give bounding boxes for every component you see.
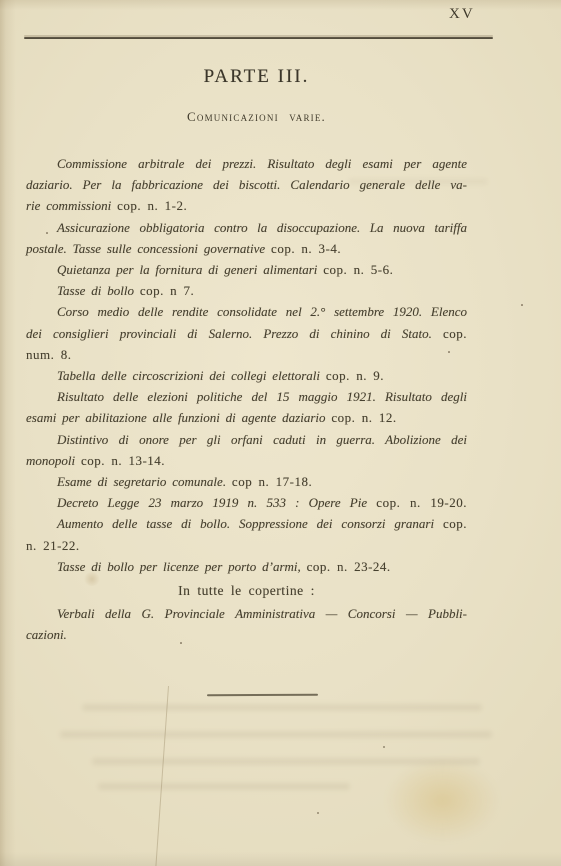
text-line: daziario. Per la fabbricazione dei bisco… <box>26 174 467 195</box>
text-line: esami per abilitazione alle funzioni di … <box>26 407 467 428</box>
text-segment: cop. n. 19-20. <box>376 495 467 510</box>
text-segment: cop. <box>443 516 467 531</box>
text-segment: cop. n 7. <box>140 283 194 298</box>
text-segment: num. 8. <box>26 347 71 362</box>
text-segment: cop. n. 5-6. <box>323 262 393 277</box>
show-through-ghost <box>82 704 482 711</box>
text-line: rie commissioni cop. n. 1-2. <box>26 195 467 216</box>
text-line: Distintivo di onore per gli orfani cadut… <box>26 429 467 450</box>
text-line: Tasse di bollo cop. n 7. <box>26 280 467 301</box>
text-segment: Tasse di bollo per licenze per porto d’a… <box>57 559 307 574</box>
text-line: In tutte le copertine : <box>26 580 467 601</box>
text-segment: rie commissioni <box>26 198 117 213</box>
text-line: Assicurazione obbligatoria contro la dis… <box>26 217 467 238</box>
text-segment: Risultato delle elezioni politiche del 1… <box>57 389 467 404</box>
paper-stain <box>385 758 500 843</box>
text-line: Aumento delle tasse di bollo. Soppressio… <box>26 513 467 534</box>
paper-speck <box>317 812 319 814</box>
show-through-ghost <box>92 758 480 765</box>
paper-speck <box>521 304 523 306</box>
paper-speck <box>383 746 385 748</box>
text-segment: esami per abilitazione alle funzioni di … <box>26 410 331 425</box>
page-number: XV <box>449 6 489 23</box>
text-segment: postale. Tasse sulle concessioni governa… <box>26 241 271 256</box>
text-line: num. 8. <box>26 344 467 365</box>
text-segment: cop. n. 12. <box>331 410 396 425</box>
text-segment: cop. n. 23-24. <box>307 559 391 574</box>
text-segment: Quietanza per la fornitura di generi ali… <box>57 262 323 277</box>
text-line: cazioni. <box>26 624 467 645</box>
text-line: n. 21-22. <box>26 535 467 556</box>
text-segment: In tutte le copertine : <box>178 583 315 598</box>
text-line: Decreto Legge 23 marzo 1919 n. 533 : Ope… <box>26 492 467 513</box>
text-segment: Verbali della G. Provinciale Amministrat… <box>57 606 467 621</box>
text-segment: cop n. 17-18. <box>232 474 312 489</box>
text-line: Risultato delle elezioni politiche del 1… <box>26 386 467 407</box>
text-segment: Tasse di bollo <box>57 283 140 298</box>
text-segment: monopoli <box>26 453 81 468</box>
text-line: Commissione arbitrale dei prezzi. Risult… <box>26 153 467 174</box>
text-segment: cop. n. 3-4. <box>271 241 341 256</box>
text-segment: Assicurazione obbligatoria contro la dis… <box>57 220 467 235</box>
text-line: Tasse di bollo per licenze per porto d’a… <box>26 556 467 577</box>
text-line: Verbali della G. Provinciale Amministrat… <box>26 603 467 624</box>
text-segment: Decreto Legge 23 marzo 1919 n. 533 : Ope… <box>57 495 376 510</box>
part-title: PARTE III. <box>26 66 487 88</box>
text-line: dei consiglieri provinciali di Salerno. … <box>26 323 467 344</box>
text-segment: cop. n. 9. <box>326 368 384 383</box>
text-segment: Distintivo di onore per gli orfani cadut… <box>57 432 467 447</box>
text-segment: cop. n. 1-2. <box>117 198 187 213</box>
paper-crease <box>155 686 169 866</box>
text-line: Tabella delle circoscrizioni dei collegi… <box>26 365 467 386</box>
text-line: monopoli cop. n. 13-14. <box>26 450 467 471</box>
section-title: Comunicazioni varie. <box>26 109 487 125</box>
text-segment: Commissione arbitrale dei prezzi. Risult… <box>57 156 467 171</box>
text-segment: Tabella delle circoscrizioni dei collegi… <box>57 368 326 383</box>
section-end-divider <box>207 694 318 696</box>
text-segment: cop. n. 13-14. <box>81 453 165 468</box>
text-line: Esame di segretario comunale. cop n. 17-… <box>26 471 467 492</box>
text-segment: cazioni. <box>26 627 67 642</box>
text-segment: cop. <box>443 326 467 341</box>
show-through-ghost <box>60 731 492 738</box>
text-segment: n. 21-22. <box>26 538 80 553</box>
text-segment: Corso medio delle rendite consolidate ne… <box>57 304 467 319</box>
body-text: Commissione arbitrale dei prezzi. Risult… <box>26 153 467 646</box>
text-line: postale. Tasse sulle concessioni governa… <box>26 238 467 259</box>
book-page: XV PARTE III. Comunicazioni varie. Commi… <box>0 0 561 866</box>
header-rule <box>24 37 493 39</box>
text-segment: Aumento delle tasse di bollo. Soppressio… <box>57 516 443 531</box>
text-segment: Esame di segretario comunale. <box>57 474 232 489</box>
text-segment: dei consiglieri provinciali di Salerno. … <box>26 326 443 341</box>
text-segment: daziario. Per la fabbricazione dei bisco… <box>26 177 467 192</box>
text-line: Quietanza per la fornitura di generi ali… <box>26 259 467 280</box>
show-through-ghost <box>98 783 350 790</box>
text-line: Corso medio delle rendite consolidate ne… <box>26 301 467 322</box>
